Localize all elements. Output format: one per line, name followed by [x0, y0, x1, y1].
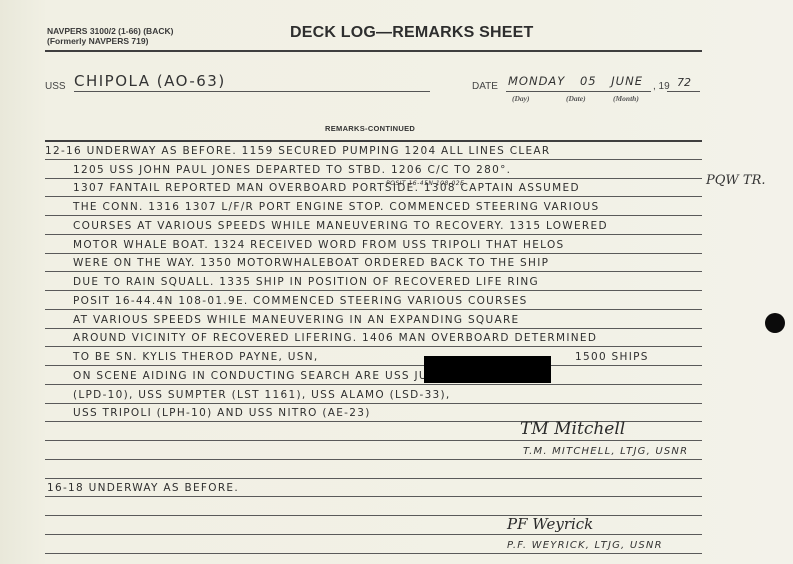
year-field: 72: [667, 76, 700, 92]
signature-name-line-1: T.M. MITCHELL, LTJG, USNR: [45, 441, 702, 460]
remark-text: POSIT 16-44.4N 108-01.9E. COMMENCED STEE…: [73, 295, 528, 307]
form-number: NAVPERS 3100/2 (1-66) (BACK) (Formerly N…: [47, 26, 173, 46]
remark-text: 1205 USS JOHN PAUL JONES DEPARTED TO STB…: [73, 164, 511, 176]
date-day: MONDAY: [508, 74, 565, 88]
remark-text: AT VARIOUS SPEEDS WHILE MANEUVERING IN A…: [73, 314, 520, 326]
blank-line: [45, 497, 702, 516]
date-field: MONDAY 05 JUNE: [506, 74, 651, 92]
remark-text-watch-2: 16-18 UNDERWAY AS BEFORE.: [47, 482, 239, 494]
form-number-text: NAVPERS 3100/2 (1-66) (BACK): [47, 26, 173, 36]
sub-label-day: (Day): [512, 94, 530, 103]
signature-name-weyrick: P.F. WEYRICK, LTJG, USNR: [507, 540, 663, 551]
signature-name-mitchell: T.M. MITCHELL, LTJG, USNR: [523, 446, 688, 457]
posit-annotation: POSIT 16-45N 108-02E: [386, 180, 464, 187]
remark-line: ON SCENE AIDING IN CONDUCTING SEARCH ARE…: [45, 366, 702, 385]
remark-line: (LPD-10), USS SUMPTER (LST 1161), USS AL…: [45, 385, 702, 404]
remark-line: THE CONN. 1316 1307 L/F/R PORT ENGINE ST…: [45, 197, 702, 216]
signature-name-line-2: P.F. WEYRICK, LTJG, USNR: [45, 535, 702, 554]
deck-log-page: NAVPERS 3100/2 (1-66) (BACK) (Formerly N…: [0, 0, 793, 564]
remark-text: MOTOR WHALE BOAT. 1324 RECEIVED WORD FRO…: [73, 239, 564, 251]
header-divider: [45, 50, 702, 52]
redaction-box: [424, 356, 551, 383]
remark-text: COURSES AT VARIOUS SPEEDS WHILE MANEUVER…: [73, 220, 608, 232]
remark-text: (LPD-10), USS SUMPTER (LST 1161), USS AL…: [73, 389, 451, 401]
remark-text: ON SCENE AIDING IN CONDUCTING SEARCH ARE…: [73, 370, 462, 382]
remark-text: USS TRIPOLI (LPH-10) AND USS NITRO (AE-2…: [73, 407, 371, 419]
signature-line-1: TM Mitchell: [45, 422, 702, 441]
remark-line: 12-16 UNDERWAY AS BEFORE. 1159 SECURED P…: [45, 141, 702, 160]
remark-text: 12-16 UNDERWAY AS BEFORE. 1159 SECURED P…: [45, 145, 551, 157]
remark-text: TO BE SN. KYLIS THEROD PAYNE, USN,: [73, 351, 319, 363]
margin-initials: PQW TR.: [706, 173, 766, 188]
date-date: 05: [580, 74, 597, 88]
ship-name-field: CHIPOLA (AO-63): [74, 71, 244, 91]
remark-line: AROUND VICINITY OF RECOVERED LIFERING. 1…: [45, 329, 702, 348]
signature-weyrick: PF Weyrick: [507, 515, 593, 533]
remarks-lines: 12-16 UNDERWAY AS BEFORE. 1159 SECURED P…: [45, 141, 702, 554]
ship-underline: [74, 91, 430, 92]
remark-line: 16-18 UNDERWAY AS BEFORE.: [45, 479, 702, 498]
remark-text: AROUND VICINITY OF RECOVERED LIFERING. 1…: [73, 332, 597, 344]
ship-label: USS: [45, 81, 66, 92]
remark-line: COURSES AT VARIOUS SPEEDS WHILE MANEUVER…: [45, 216, 702, 235]
form-former-text: (Formerly NAVPERS 719): [47, 36, 173, 46]
date-label: DATE: [472, 81, 498, 92]
remark-line: DUE TO RAIN SQUALL. 1335 SHIP IN POSITIO…: [45, 272, 702, 291]
page-title: DECK LOG—REMARKS SHEET: [290, 24, 534, 42]
year-value: 72: [677, 76, 691, 89]
remark-line: 1205 USS JOHN PAUL JONES DEPARTED TO STB…: [45, 160, 702, 179]
remark-line: TO BE SN. KYLIS THEROD PAYNE, USN, 1500 …: [45, 347, 702, 366]
remark-line: WERE ON THE WAY. 1350 MOTORWHALEBOAT ORD…: [45, 254, 702, 273]
remark-text: THE CONN. 1316 1307 L/F/R PORT ENGINE ST…: [73, 201, 599, 213]
remark-line: 1307 FANTAIL REPORTED MAN OVERBOARD PORT…: [45, 179, 702, 198]
blank-line: [45, 460, 702, 479]
remark-line: AT VARIOUS SPEEDS WHILE MANEUVERING IN A…: [45, 310, 702, 329]
date-month: JUNE: [611, 74, 643, 88]
sub-label-date: (Date): [566, 94, 586, 103]
section-label: REMARKS-CONTINUED: [325, 124, 415, 133]
remark-text-tail: 1500 SHIPS: [575, 351, 649, 363]
signature-mitchell: TM Mitchell: [520, 419, 625, 439]
remark-line: POSIT 16-44.4N 108-01.9E. COMMENCED STEE…: [45, 291, 702, 310]
remark-text: 1307 FANTAIL REPORTED MAN OVERBOARD PORT…: [73, 182, 580, 194]
sub-label-month: (Month): [613, 94, 639, 103]
punch-hole: [765, 313, 785, 333]
remark-text: WERE ON THE WAY. 1350 MOTORWHALEBOAT ORD…: [73, 257, 549, 269]
remark-text: DUE TO RAIN SQUALL. 1335 SHIP IN POSITIO…: [73, 276, 539, 288]
signature-line-2: PF Weyrick: [45, 516, 702, 535]
remark-line: MOTOR WHALE BOAT. 1324 RECEIVED WORD FRO…: [45, 235, 702, 254]
